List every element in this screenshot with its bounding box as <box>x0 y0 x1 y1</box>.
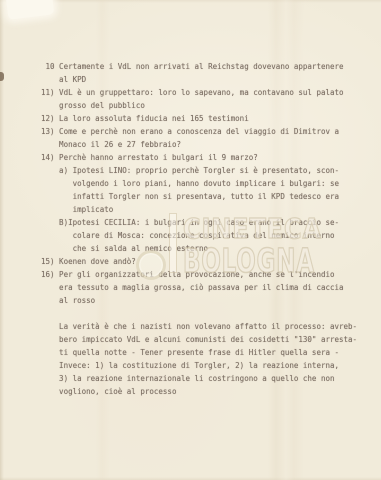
paper-edge-mark <box>0 72 4 81</box>
typewritten-text: 10 Certamente i VdL non arrivati al Reic… <box>41 60 357 398</box>
scanned-page: 10 Certamente i VdL non arrivati al Reic… <box>0 0 381 480</box>
paper-corner-patch <box>6 0 55 20</box>
